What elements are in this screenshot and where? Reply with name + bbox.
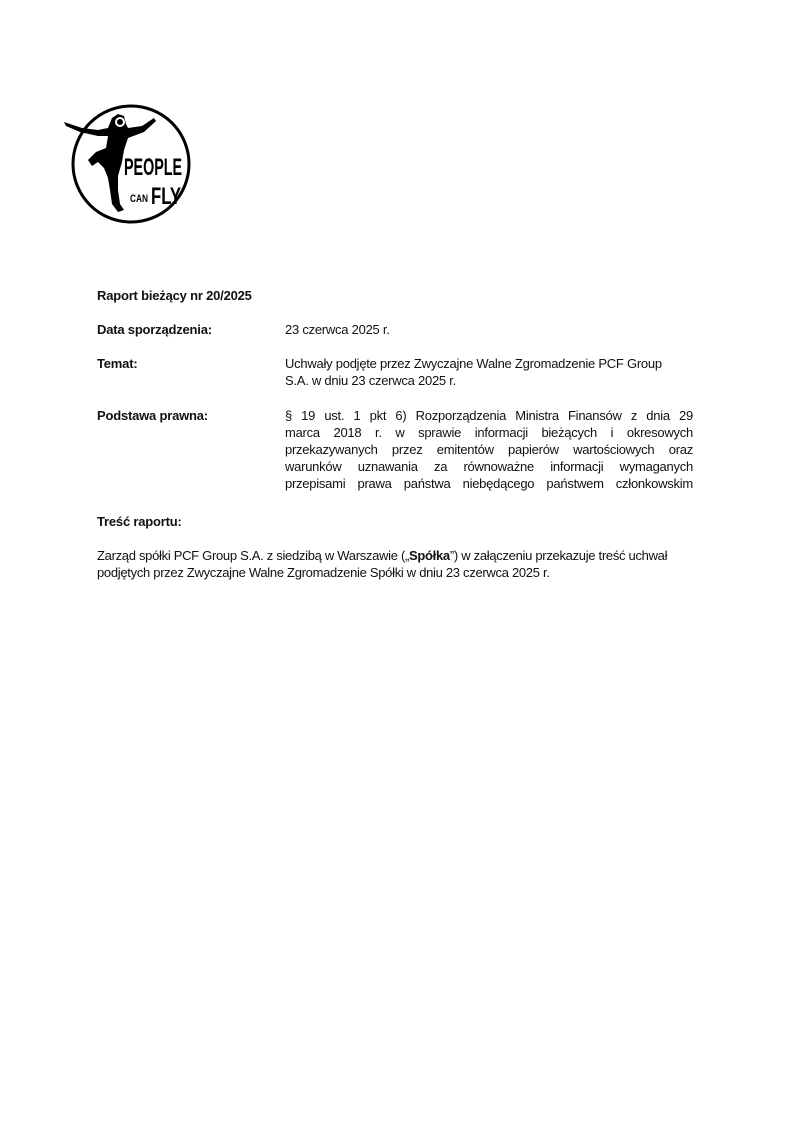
field-legal-basis-value: § 19 ust. 1 pkt 6) Rozporządzenia Minist… <box>285 407 693 492</box>
report-content: Zarząd spółki PCF Group S.A. z siedzibą … <box>97 547 717 581</box>
legal-basis-line: przekazywanych przez emitentów papierów … <box>285 441 693 458</box>
logo-text-fly: FLY <box>151 183 181 210</box>
people-can-fly-logo: PEOPLE CAN FLY <box>62 100 196 226</box>
field-date-label: Data sporządzenia: <box>97 321 212 338</box>
content-heading: Treść raportu: <box>97 513 182 530</box>
logo-emblem-icon: PEOPLE CAN FLY <box>62 100 196 226</box>
field-subject-label: Temat: <box>97 355 137 372</box>
content-line: podjętych przez Zwyczajne Walne Zgromadz… <box>97 564 717 581</box>
logo-text-can: CAN <box>130 193 148 205</box>
company-term: Spółka <box>409 548 450 563</box>
content-text: Zarząd spółki PCF Group S.A. z siedzibą … <box>97 548 409 563</box>
subject-line: Uchwały podjęte przez Zwyczajne Walne Zg… <box>285 355 693 372</box>
subject-line: S.A. w dniu 23 czerwca 2025 r. <box>285 372 693 389</box>
legal-basis-line: warunków uznawania za równoważne informa… <box>285 458 693 475</box>
field-subject-value: Uchwały podjęte przez Zwyczajne Walne Zg… <box>285 355 693 389</box>
report-title: Raport bieżący nr 20/2025 <box>97 287 252 304</box>
content-text: ”) w załączeniu przekazuje treść uchwał <box>450 548 667 563</box>
legal-basis-line: § 19 ust. 1 pkt 6) Rozporządzenia Minist… <box>285 407 693 424</box>
field-date-value: 23 czerwca 2025 r. <box>285 321 693 338</box>
logo-text-people: PEOPLE <box>124 154 182 181</box>
content-line: Zarząd spółki PCF Group S.A. z siedzibą … <box>97 547 717 564</box>
field-legal-basis-label: Podstawa prawna: <box>97 407 208 424</box>
legal-basis-line: marca 2018 r. w sprawie informacji bieżą… <box>285 424 693 441</box>
legal-basis-line: przepisami prawa państwa niebędącego pań… <box>285 475 693 492</box>
